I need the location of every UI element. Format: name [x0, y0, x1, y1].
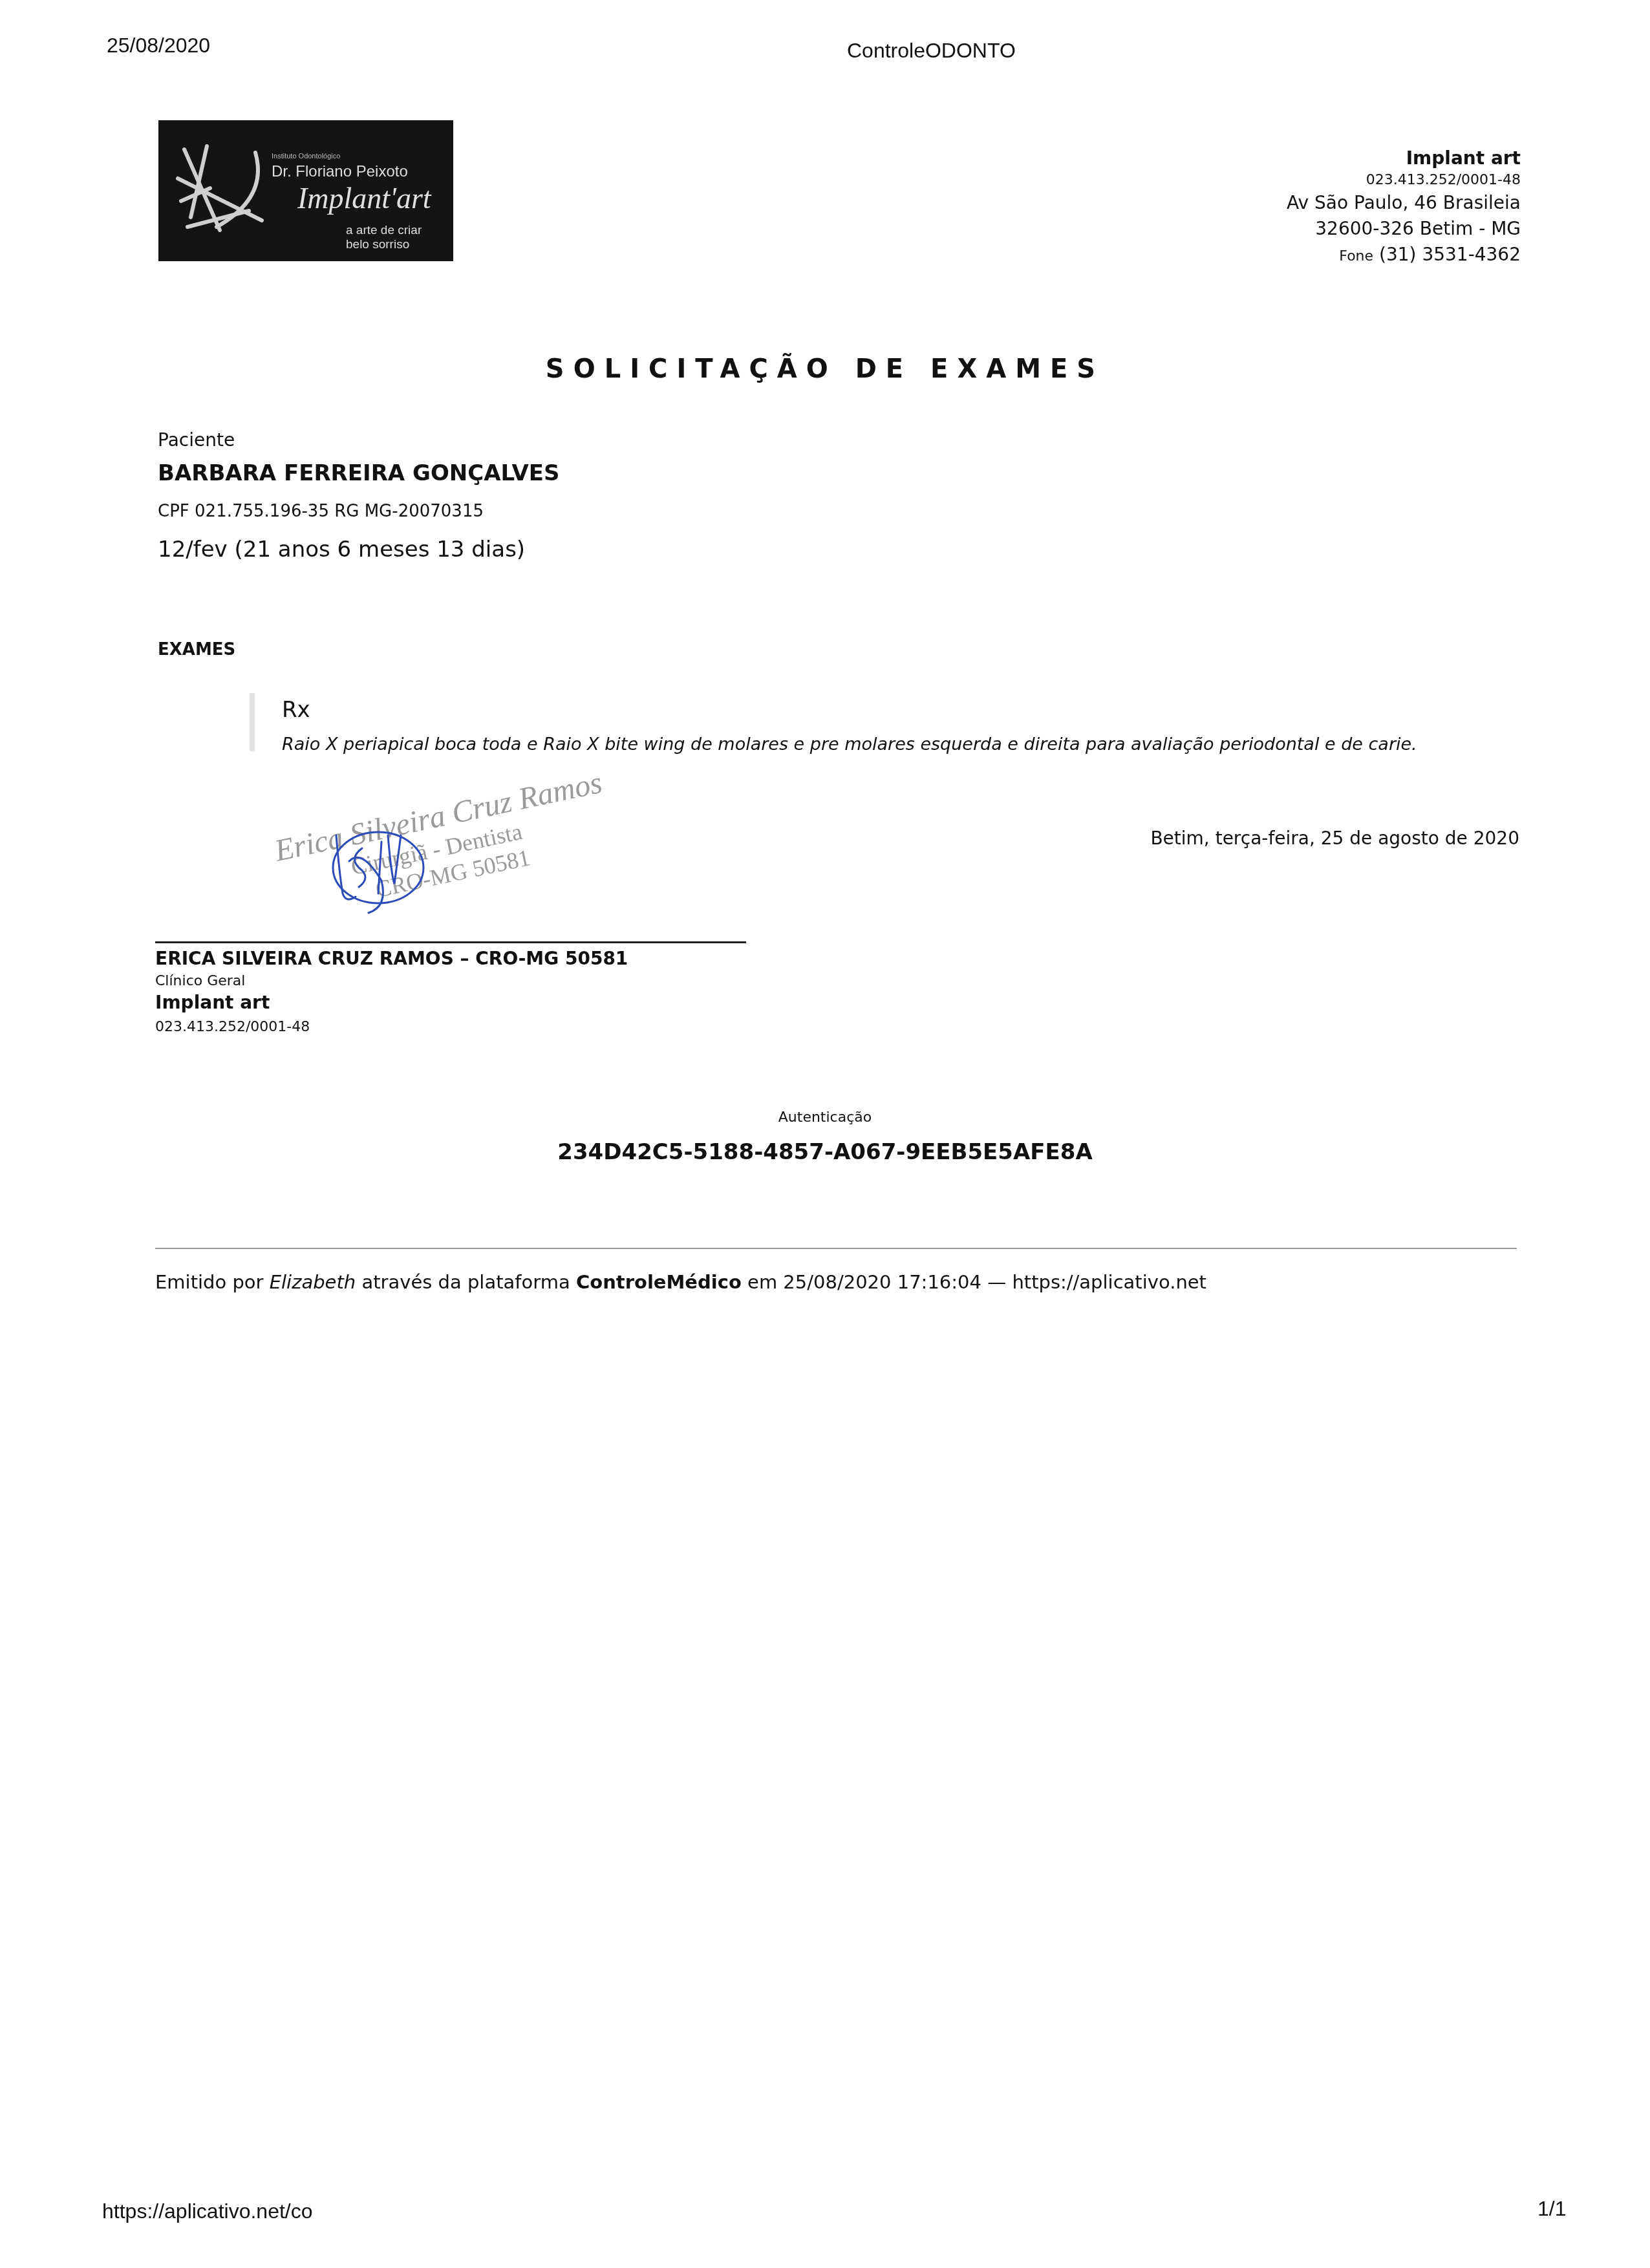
footer-platform: ControleMédico [576, 1271, 742, 1293]
company-info: Implant art 023.413.252/0001-48 Av São P… [1287, 146, 1521, 270]
exams-label: EXAMES [158, 640, 235, 659]
print-page-number: 1/1 [1537, 2197, 1566, 2221]
logo-tagline-2: belo sorriso [346, 238, 422, 252]
phone-label: Fone [1339, 248, 1373, 264]
footer-datetime: em 25/08/2020 17:16:04 — https://aplicat… [747, 1271, 1206, 1293]
logo-doctor: Dr. Floriano Peixoto [272, 163, 408, 181]
exam-item-description: Raio X periapical boca toda e Raio X bit… [282, 734, 1417, 754]
signature-line [155, 941, 746, 943]
exam-item-title: Rx [282, 697, 310, 723]
footer-prefix: Emitido por [155, 1271, 264, 1293]
clinic-logo: Instituto Odontológico Dr. Floriano Peix… [158, 120, 453, 261]
footer-middle: através da plataforma [361, 1271, 570, 1293]
patient-birth-age: 12/fev (21 anos 6 meses 13 dias) [158, 537, 525, 562]
document-title: SOLICITAÇÃO DE EXAMES [0, 354, 1650, 384]
footer-issuer: Elizabeth [270, 1271, 356, 1293]
authentication-label: Autenticação [0, 1109, 1650, 1126]
issued-by-footer: Emitido por Elizabeth através da platafo… [155, 1271, 1206, 1293]
phone-number: (31) 3531-4362 [1379, 244, 1521, 265]
logo-brand: Implant'art [297, 181, 431, 215]
authentication-code: 234D42C5-5188-4857-A067-9EEB5E5AFE8A [0, 1139, 1650, 1165]
logo-small-line: Instituto Odontológico [272, 153, 340, 160]
logo-mark-icon [171, 140, 268, 243]
patient-documents: CPF 021.755.196-35 RG MG-20070315 [158, 502, 484, 521]
print-title: ControleODONTO [847, 39, 1016, 63]
print-date: 25/08/2020 [107, 34, 210, 58]
signer-role: Clínico Geral [155, 973, 245, 989]
company-cnpj: 023.413.252/0001-48 [1287, 171, 1521, 190]
company-city: 32600-326 Betim - MG [1287, 216, 1521, 242]
patient-label: Paciente [158, 429, 235, 451]
company-phone: Fone (31) 3531-4362 [1287, 242, 1521, 270]
signer-company: Implant art [155, 992, 270, 1013]
signer-cnpj: 023.413.252/0001-48 [155, 1019, 310, 1035]
signer-name: ERICA SILVEIRA CRUZ RAMOS – CRO-MG 50581 [155, 948, 628, 969]
logo-tagline-1: a arte de criar [346, 224, 422, 238]
exam-item-bar [250, 693, 255, 751]
logo-tagline: a arte de criar belo sorriso [346, 224, 422, 252]
handwritten-signature-icon [323, 822, 453, 919]
place-date: Betim, terça-feira, 25 de agosto de 2020 [1150, 828, 1519, 849]
company-name: Implant art [1287, 146, 1521, 171]
footer-divider [155, 1248, 1517, 1249]
patient-name: BARBARA FERREIRA GONÇALVES [158, 460, 560, 486]
company-address: Av São Paulo, 46 Brasileia [1287, 190, 1521, 216]
print-url: https://aplicativo.net/co [102, 2199, 313, 2223]
